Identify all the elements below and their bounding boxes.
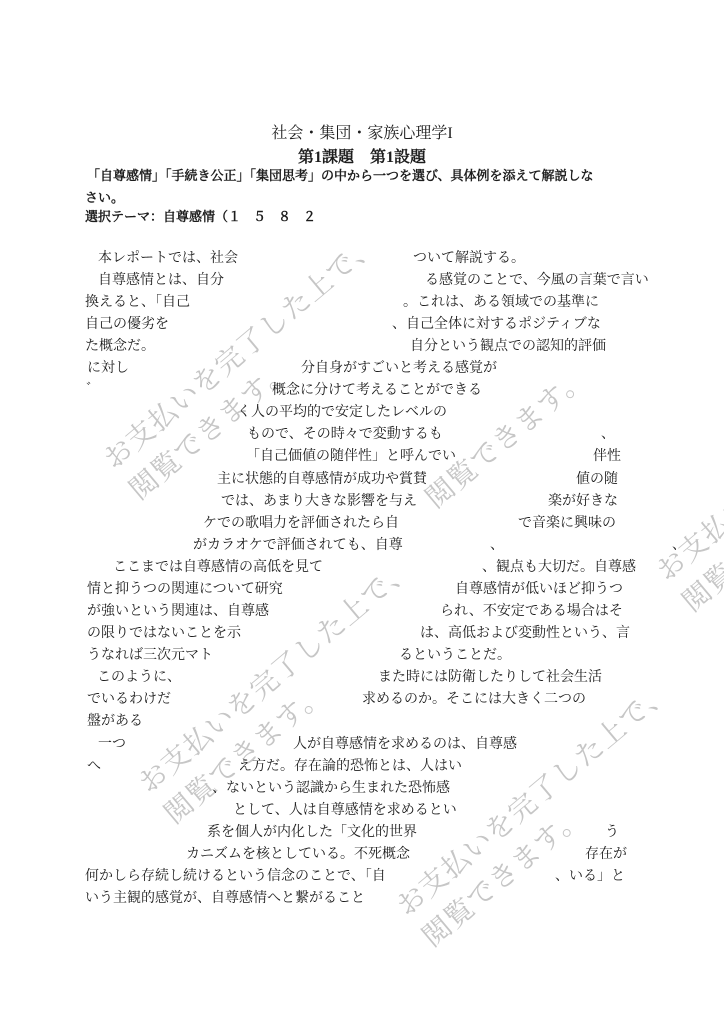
text-fragment: る感覚のことで、今風の言葉で言い <box>425 273 649 289</box>
text-fragment: 、ないという認識から生まれた恐怖感 <box>212 781 450 797</box>
text-fragment: ケでの歌唱力を評価されたら自 <box>203 516 399 532</box>
text-fragment: 、自己全体に対するポジティブな <box>392 317 601 333</box>
text-fragment: 自尊感情とは、自分 <box>98 273 224 289</box>
text-fragment: で音楽に興味の <box>518 516 616 532</box>
text-fragment: 概念に分けて考えることができる <box>272 383 482 399</box>
text-fragment: 求めるのか。そこには大きく二つの <box>362 692 586 708</box>
text-fragment: 「自己価値の随伴性」と呼んでい <box>246 449 456 465</box>
text-fragment: がカラオケで評価されても、自尊 <box>193 538 403 554</box>
text-fragment: 、 <box>601 427 615 443</box>
assignment-instruction-line1: 「自尊感情」「手続き公正」「集団思考」の中から一つを選び、具体例を添えて解説しな <box>87 169 593 184</box>
text-fragment: 楽が好きな <box>548 494 618 510</box>
text-fragment: に対し <box>87 361 129 377</box>
text-fragment: いう主観的感覚が、自尊感情へと繋がること <box>85 891 365 907</box>
selected-theme-line: 選択テーマ：自尊感情（１５８２ <box>85 210 328 225</box>
text-fragment: 、観点も大切だ。自尊感 <box>482 560 636 576</box>
text-fragment: う <box>605 825 619 841</box>
text-fragment: た概念だ。 <box>85 339 155 355</box>
text-fragment: でいるわけだ <box>87 692 171 708</box>
text-fragment: 換えると、「自己 <box>85 295 190 311</box>
text-fragment: 。これは、ある領域での基準に <box>403 295 599 311</box>
text-fragment: 、いる」と <box>555 869 625 885</box>
text-fragment: 本レポートでは、社会 <box>98 251 238 267</box>
text-fragment: るということだ。 <box>399 648 511 664</box>
text-fragment: 値の随 <box>576 472 618 488</box>
text-fragment: もので、その時々で変動するも <box>247 427 443 443</box>
text-fragment: 分自身がすごいと考える感覚が <box>301 361 497 377</box>
text-fragment: また時には防衛したりして社会生活 <box>378 670 602 686</box>
text-fragment: 何かしら存続し続けるという信念のことで、「自 <box>85 869 386 885</box>
text-fragment: 情と抑うつの関連について研究 <box>87 582 283 598</box>
text-fragment: このように、 <box>97 670 181 686</box>
text-fragment: 系を個人が内化した「文化的世界 <box>207 825 417 841</box>
assignment-heading: 第1課題 第1設題 <box>0 144 724 167</box>
text-fragment: 主に状態的自尊感情が成功や賞賛 <box>217 472 427 488</box>
text-fragment: く人の平均的で安定したレベルの <box>237 405 447 421</box>
text-fragment: ついて解説する。 <box>413 251 525 267</box>
text-fragment: られ、不安定である場合はそ <box>440 604 623 620</box>
text-fragment: 、 <box>490 538 504 554</box>
text-fragment: では、あまり大きな影響を与え <box>221 494 417 510</box>
text-fragment: が強いという関連は、自尊感 <box>87 604 269 620</box>
text-fragment: うなれば三次元マト <box>87 648 213 664</box>
text-fragment: ゛ <box>86 383 100 399</box>
text-fragment: の限りではないことを示 <box>87 626 241 642</box>
text-fragment: 一つ <box>98 737 126 753</box>
text-fragment: 自分という観点での認知的評価 <box>410 339 606 355</box>
text-fragment: 人が自尊感情を求めるのは、自尊感 <box>293 737 517 753</box>
text-fragment: ここまでは自尊感情の高低を見て <box>113 560 323 576</box>
text-fragment: 伴性 <box>593 449 621 465</box>
text-fragment: 存在が <box>585 847 627 863</box>
text-fragment: は、高低および変動性という、言 <box>420 626 630 642</box>
document-text-layer: 社会・集団・家族心理学I 第1課題 第1設題 「自尊感情」「手続き公正」「集団思… <box>0 0 724 1024</box>
text-fragment: 自尊感情が低いほど抑うつ <box>455 582 623 598</box>
course-title: 社会・集団・家族心理学I <box>0 120 724 143</box>
theme-character-count: １５８２ <box>228 209 328 224</box>
text-fragment: へ <box>87 759 101 775</box>
text-fragment: 盤がある <box>87 714 143 730</box>
scanned-report-page: お支払いを完了した上で、閲覧できます。閲覧できます。お支払いを完了した上で、閲覧… <box>0 0 724 1024</box>
text-fragment: 、 <box>672 538 686 554</box>
assignment-instruction-line2: さい。 <box>85 191 124 206</box>
theme-label: 選択テーマ：自尊感情（ <box>85 209 228 224</box>
text-fragment: として、人は自尊感情を求めるとい <box>233 803 457 819</box>
text-fragment: カニズムを核としている。不死概念 <box>186 847 410 863</box>
text-fragment: え方だ。存在論的恐怖とは、人はい <box>238 759 462 775</box>
text-fragment: 自己の優劣を <box>85 317 169 333</box>
